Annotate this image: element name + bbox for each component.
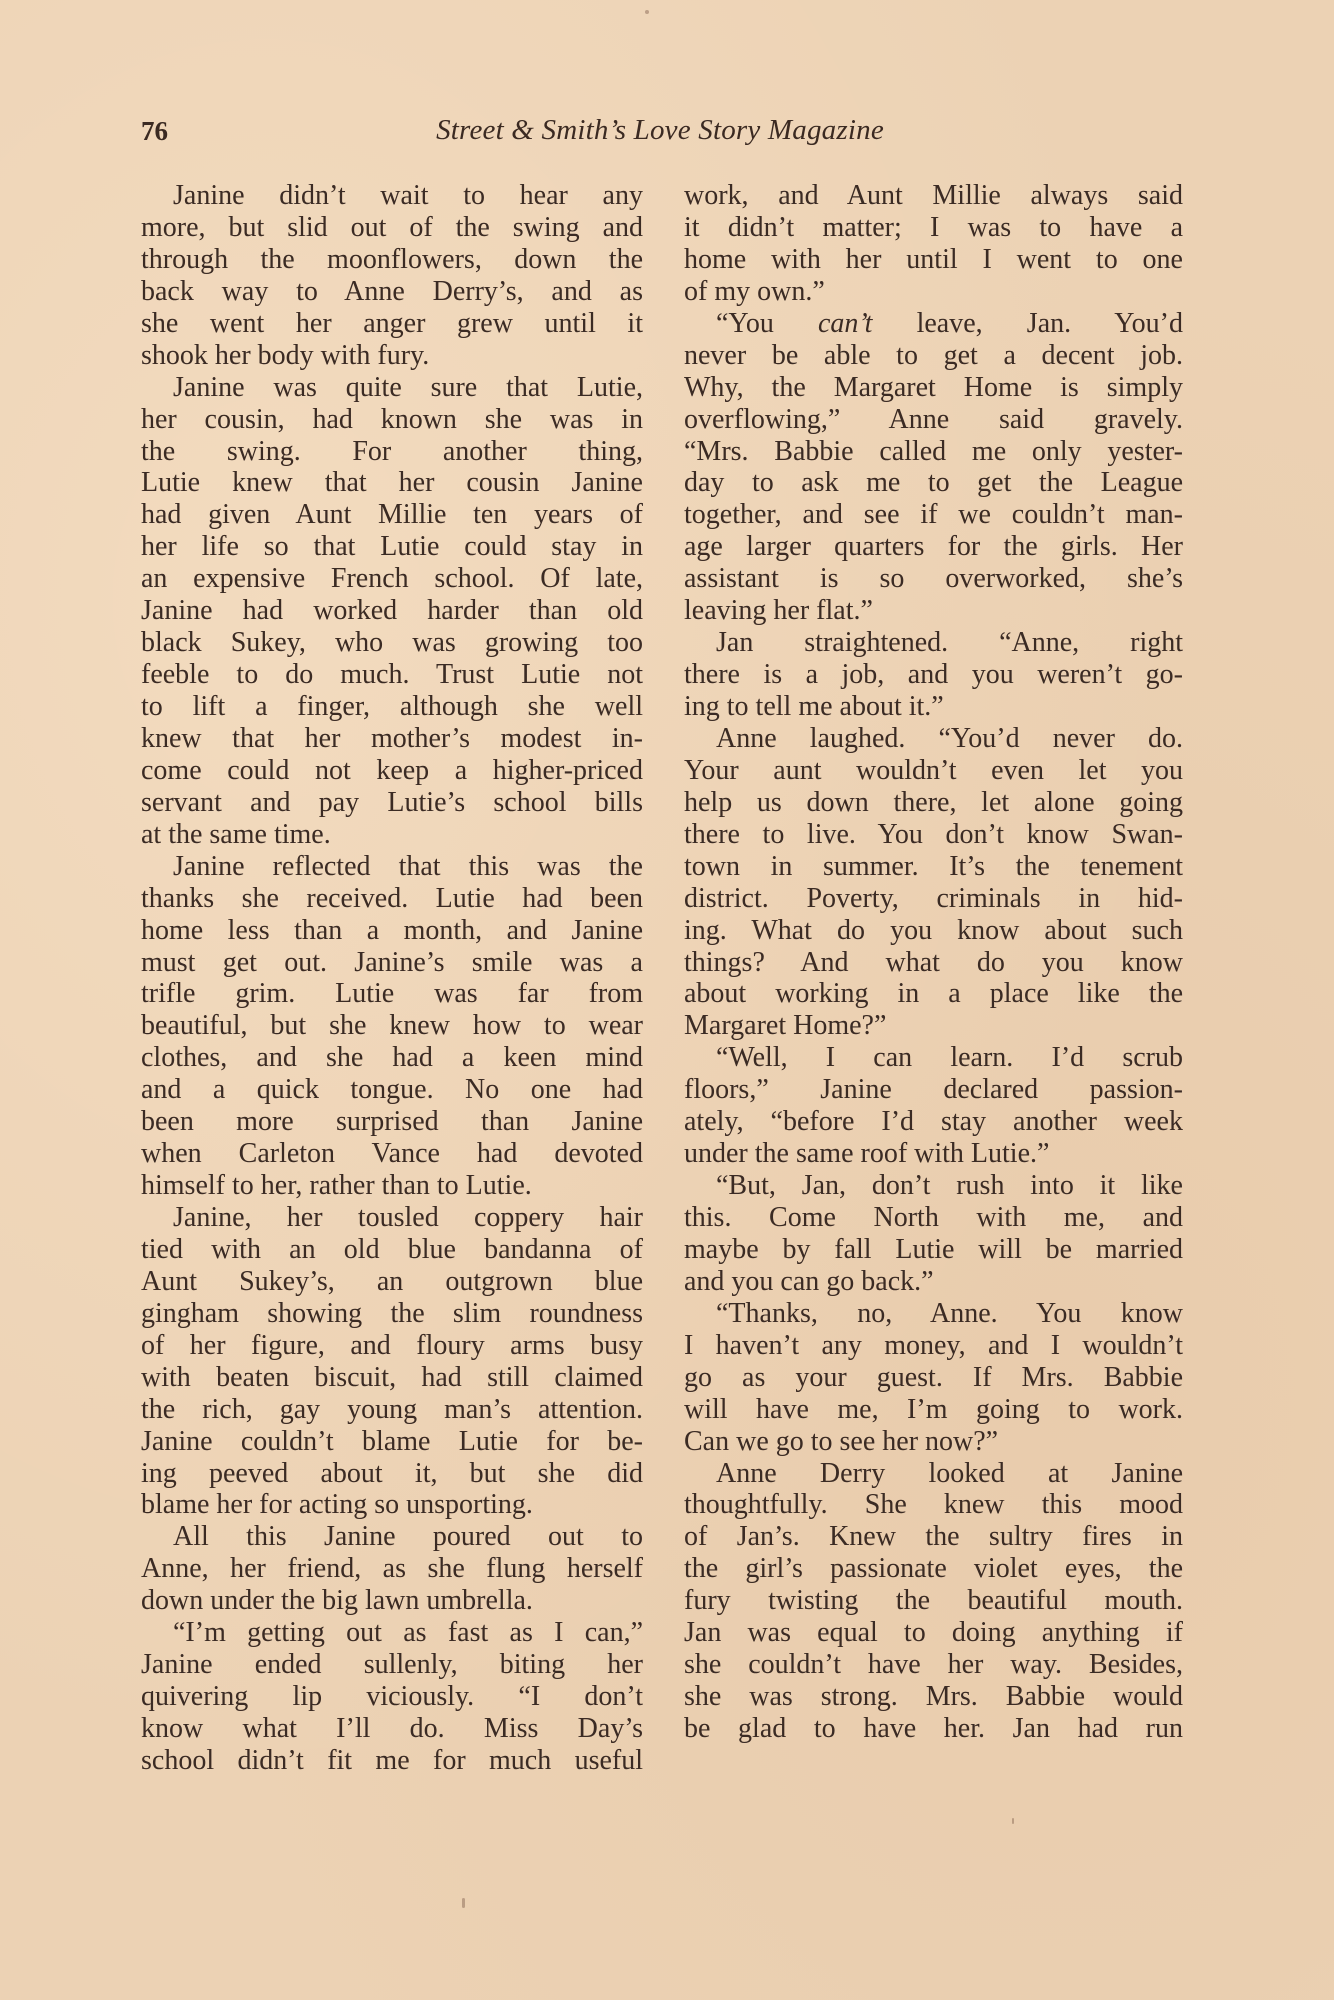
text-line: age larger quarters for the girls. Her [684,531,1183,563]
text-line: know what I’ll do. Miss Day’s [141,1713,643,1745]
text-line: “You can’t leave, Jan. You’d [684,308,1183,340]
text-line: to lift a finger, although she well [141,691,643,723]
text-line: of her figure, and floury arms busy [141,1330,643,1362]
text-line: ing peeved about it, but she did [141,1458,643,1490]
text-line: she couldn’t have her way. Besides, [684,1649,1183,1681]
text-line: she went her anger grew until it [141,308,643,340]
text-line: be glad to have her. Jan had run [684,1713,1183,1745]
text-line: quivering lip viciously. “I don’t [141,1681,643,1713]
text-line: “But, Jan, don’t rush into it like [684,1170,1183,1202]
text-line: assistant is so overworked, she’s [684,563,1183,595]
text-line: “Mrs. Babbie called me only yester- [684,436,1183,468]
text-line: Margaret Home?” [684,1010,1183,1042]
text-line: overflowing,” Anne said gravely. [684,404,1183,436]
text-line: “I’m getting out as fast as I can,” [141,1617,643,1649]
text-line: ately, “before I’d stay another week [684,1106,1183,1138]
text-line: Anne Derry looked at Janine [684,1458,1183,1490]
text-column-left: Janine didn’t wait to hear anymore, but … [141,180,643,1777]
text-line: district. Poverty, criminals in hid- [684,883,1183,915]
text-line: blame her for acting so unsporting. [141,1489,643,1521]
text-line: trifle grim. Lutie was far from [141,978,643,1010]
text-line: knew that her mother’s modest in- [141,723,643,755]
page-number: 76 [141,116,168,147]
text-line: Janine, her tousled coppery hair [141,1202,643,1234]
text-line: there is a job, and you weren’t go- [684,659,1183,691]
paper-speck [462,1898,465,1908]
text-line: Jan straightened. “Anne, right [684,627,1183,659]
text-line: Anne, her friend, as she flung herself [141,1553,643,1585]
running-head: 76 Street & Smith’s Love Story Magazine [141,112,1183,152]
text-line: Why, the Margaret Home is simply [684,372,1183,404]
text-line: Janine couldn’t blame Lutie for be- [141,1426,643,1458]
text-line: with beaten biscuit, had still claimed [141,1362,643,1394]
text-line: through the moonflowers, down the [141,244,643,276]
text-line: of my own.” [684,276,1183,308]
text-line: black Sukey, who was growing too [141,627,643,659]
text-line: fury twisting the beautiful mouth. [684,1585,1183,1617]
text-line: she was strong. Mrs. Babbie would [684,1681,1183,1713]
text-line: Jan was equal to doing anything if [684,1617,1183,1649]
text-line: servant and pay Lutie’s school bills [141,787,643,819]
text-line: maybe by fall Lutie will be married [684,1234,1183,1266]
text-line: back way to Anne Derry’s, and as [141,276,643,308]
text-column-right: work, and Aunt Millie always saidit didn… [684,180,1183,1745]
text-line: shook her body with fury. [141,340,643,372]
paper-speck [645,10,649,14]
text-line: more, but slid out of the swing and [141,212,643,244]
text-line: had given Aunt Millie ten years of [141,499,643,531]
text-line: under the same roof with Lutie.” [684,1138,1183,1170]
text-line: Janine was quite sure that Lutie, [141,372,643,404]
text-line: together, and see if we couldn’t man- [684,499,1183,531]
text-line: go as your guest. If Mrs. Babbie [684,1362,1183,1394]
text-line: at the same time. [141,819,643,851]
text-line: home less than a month, and Janine [141,915,643,947]
text-line: I haven’t any money, and I wouldn’t [684,1330,1183,1362]
text-line: and you can go back.” [684,1266,1183,1298]
text-line: beautiful, but she knew how to wear [141,1010,643,1042]
text-line: her life so that Lutie could stay in [141,531,643,563]
text-line: Anne laughed. “You’d never do. [684,723,1183,755]
text-line: come could not keep a higher-priced [141,755,643,787]
text-line: the rich, gay young man’s attention. [141,1394,643,1426]
paper-speck [1012,1818,1014,1824]
text-line: when Carleton Vance had devoted [141,1138,643,1170]
text-line: Janine had worked harder than old [141,595,643,627]
text-line: the girl’s passionate violet eyes, the [684,1553,1183,1585]
text-line: “Thanks, no, Anne. You know [684,1298,1183,1330]
text-line: will have me, I’m going to work. [684,1394,1183,1426]
text-line: this. Come North with me, and [684,1202,1183,1234]
text-line: thanks she received. Lutie had been [141,883,643,915]
text-line: must get out. Janine’s smile was a [141,947,643,979]
text-line: thoughtfully. She knew this mood [684,1489,1183,1521]
text-line: an expensive French school. Of late, [141,563,643,595]
text-line: town in summer. It’s the tenement [684,851,1183,883]
magazine-title: Street & Smith’s Love Story Magazine [380,114,940,147]
text-line: and a quick tongue. No one had [141,1074,643,1106]
text-line: Your aunt wouldn’t even let you [684,755,1183,787]
text-line: her cousin, had known she was in [141,404,643,436]
text-line: Can we go to see her now?” [684,1426,1183,1458]
text-line: been more surprised than Janine [141,1106,643,1138]
text-line: ing to tell me about it.” [684,691,1183,723]
text-line: never be able to get a decent job. [684,340,1183,372]
text-line: there to live. You don’t know Swan- [684,819,1183,851]
text-line: Janine reflected that this was the [141,851,643,883]
text-line: ing. What do you know about such [684,915,1183,947]
text-line: “Well, I can learn. I’d scrub [684,1042,1183,1074]
text-line: Aunt Sukey’s, an outgrown blue [141,1266,643,1298]
text-line: home with her until I went to one [684,244,1183,276]
text-line: the swing. For another thing, [141,436,643,468]
text-line: clothes, and she had a keen mind [141,1042,643,1074]
text-line: floors,” Janine declared passion- [684,1074,1183,1106]
text-line: All this Janine poured out to [141,1521,643,1553]
text-line: school didn’t fit me for much useful [141,1745,643,1777]
text-line: help us down there, let alone going [684,787,1183,819]
text-line: it didn’t matter; I was to have a [684,212,1183,244]
text-line: feeble to do much. Trust Lutie not [141,659,643,691]
italic-emphasis: can’t [818,308,872,339]
text-line: of Jan’s. Knew the sultry fires in [684,1521,1183,1553]
text-line: tied with an old blue bandanna of [141,1234,643,1266]
text-line: about working in a place like the [684,978,1183,1010]
text-line: down under the big lawn umbrella. [141,1585,643,1617]
text-line: Lutie knew that her cousin Janine [141,467,643,499]
text-line: leaving her flat.” [684,595,1183,627]
text-line: Janine didn’t wait to hear any [141,180,643,212]
text-line: gingham showing the slim roundness [141,1298,643,1330]
text-line: work, and Aunt Millie always said [684,180,1183,212]
text-line: Janine ended sullenly, biting her [141,1649,643,1681]
magazine-page: 76 Street & Smith’s Love Story Magazine … [0,0,1334,2000]
text-line: things? And what do you know [684,947,1183,979]
text-line: day to ask me to get the League [684,467,1183,499]
text-line: himself to her, rather than to Lutie. [141,1170,643,1202]
